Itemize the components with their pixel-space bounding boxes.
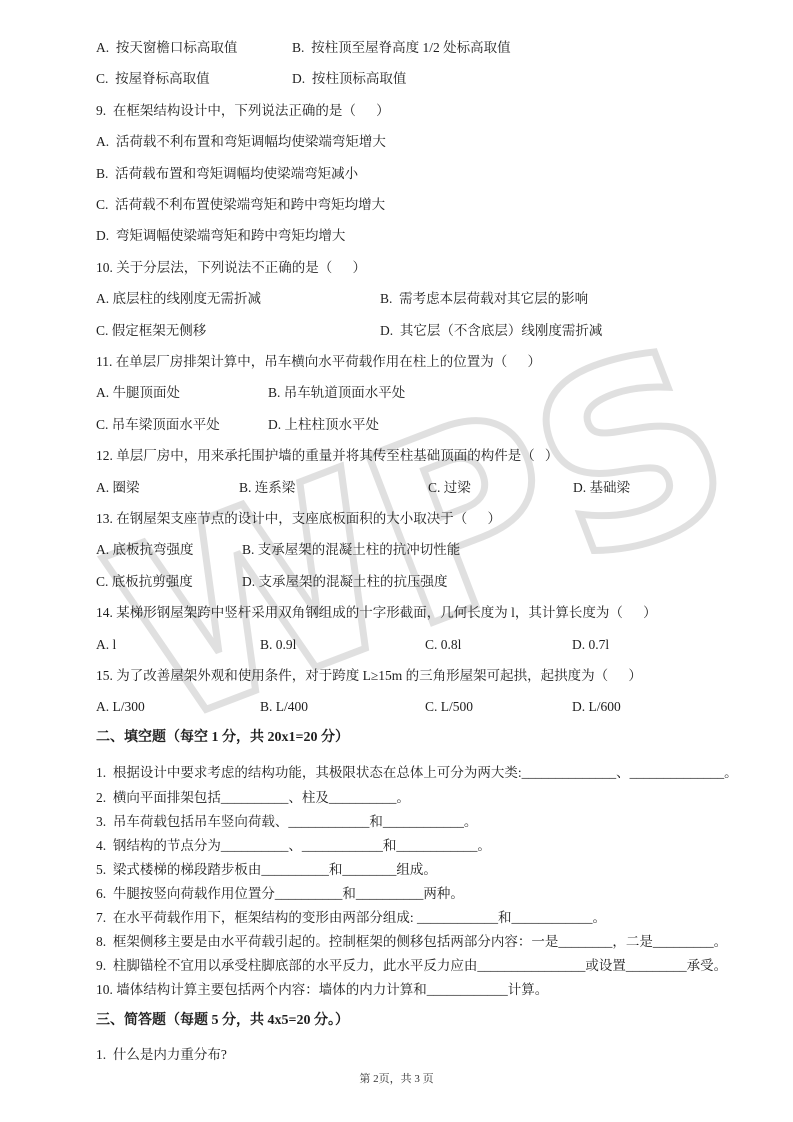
fill-item-6: 6. 牛腿按竖向荷载作用位置分__________和__________两种。 xyxy=(96,885,793,905)
q13-option-a: A. 底板抗弯强度 xyxy=(96,541,194,558)
fill-item-7: 7. 在水平荷载作用下，框架结构的变形由两部分组成: ____________和… xyxy=(96,909,793,929)
q11-option-a: A. 牛腿顶面处 xyxy=(96,384,180,401)
short-section-heading: 三、简答题（每题 5 分，共 4x5=20 分。） xyxy=(96,1012,793,1032)
q10-option-a: A. 底层柱的线刚度无需折减 xyxy=(96,290,261,307)
q11-option-b: B. 吊车轨道顶面水平处 xyxy=(268,384,405,401)
fill-item-1: 1. 根据设计中要求考虑的结构功能，其极限状态在总体上可分为两大类:______… xyxy=(96,764,793,784)
q14-option-d: D. 0.7l xyxy=(572,636,609,653)
q14-stem: 14. 某梯形钢屋架跨中竖杆采用双角钢组成的十字形截面，几何长度为 l，其计算长… xyxy=(96,604,793,624)
q10-option-b: B. 需考虑本层荷载对其它层的影响 xyxy=(380,290,588,307)
q15-option-d: D. L/600 xyxy=(572,698,621,715)
q11-option-d: D. 上柱柱顶水平处 xyxy=(268,416,379,433)
q14-option-a: A. l xyxy=(96,636,116,653)
q15-options-row: A. L/300 B. L/400 C. L/500 D. L/600 xyxy=(96,698,793,718)
q15-option-b: B. L/400 xyxy=(260,698,308,715)
fill-item-4: 4. 钢结构的节点分为__________、____________和_____… xyxy=(96,837,793,857)
q15-option-c: C. L/500 xyxy=(425,698,473,715)
q13-options-row-ab: A. 底板抗弯强度 B. 支承屋架的混凝土柱的抗冲切性能 xyxy=(96,541,793,561)
q8-options-row-ab: A. 按天窗檐口标高取值 B. 按柱顶至屋脊高度 1/2 处标高取值 xyxy=(96,39,793,59)
q8-option-b: B. 按柱顶至屋脊高度 1/2 处标高取值 xyxy=(292,39,511,56)
q13-option-b: B. 支承屋架的混凝土柱的抗冲切性能 xyxy=(242,541,460,558)
q8-option-d: D. 按柱顶标高取值 xyxy=(292,70,406,87)
q13-stem: 13. 在钢屋架支座节点的设计中，支座底板面积的大小取决于（ ） xyxy=(96,510,793,530)
q13-options-row-cd: C. 底板抗剪强度 D. 支承屋架的混凝土柱的抗压强度 xyxy=(96,573,793,593)
q10-option-c: C. 假定框架无侧移 xyxy=(96,322,206,339)
q10-option-d: D. 其它层（不含底层）线刚度需折减 xyxy=(380,322,602,339)
q12-options-row: A. 圈梁 B. 连系梁 C. 过梁 D. 基础梁 xyxy=(96,479,793,499)
q9-option-d: D. 弯矩调幅使梁端弯矩和跨中弯矩均增大 xyxy=(96,227,793,247)
q12-option-a: A. 圈梁 xyxy=(96,479,140,496)
q15-option-a: A. L/300 xyxy=(96,698,145,715)
q13-option-c: C. 底板抗剪强度 xyxy=(96,573,193,590)
q8-option-c: C. 按屋脊标高取值 xyxy=(96,70,210,87)
exam-page: WPS A. 按天窗檐口标高取值 B. 按柱顶至屋脊高度 1/2 处标高取值 C… xyxy=(0,0,793,1122)
q14-option-c: C. 0.8l xyxy=(425,636,461,653)
q15-stem: 15. 为了改善屋架外观和使用条件，对于跨度 L≥15m 的三角形屋架可起拱，起… xyxy=(96,667,793,687)
short-question-1: 1. 什么是内力重分布? xyxy=(96,1046,793,1066)
q11-option-c: C. 吊车梁顶面水平处 xyxy=(96,416,220,433)
q12-option-c: C. 过梁 xyxy=(428,479,471,496)
fill-item-9: 9. 柱脚锚栓不宜用以承受柱脚底部的水平反力，此水平反力应由__________… xyxy=(96,957,793,977)
q13-option-d: D. 支承屋架的混凝土柱的抗压强度 xyxy=(242,573,448,590)
fill-item-3: 3. 吊车荷载包括吊车竖向荷载、____________和___________… xyxy=(96,813,793,833)
q9-option-c: C. 活荷载不利布置使梁端弯矩和跨中弯矩均增大 xyxy=(96,196,793,216)
q12-option-d: D. 基础梁 xyxy=(573,479,630,496)
q10-stem: 10. 关于分层法，下列说法不正确的是（ ） xyxy=(96,259,793,279)
q8-option-a: A. 按天窗檐口标高取值 xyxy=(96,39,237,56)
fill-item-5: 5. 梁式楼梯的梯段踏步板由__________和________组成。 xyxy=(96,861,793,881)
fill-item-2: 2. 横向平面排架包括__________、柱及__________。 xyxy=(96,789,793,809)
q12-stem: 12. 单层厂房中，用来承托围护墙的重量并将其传至柱基础顶面的构件是（ ） xyxy=(96,447,793,467)
q11-options-row-cd: C. 吊车梁顶面水平处 D. 上柱柱顶水平处 xyxy=(96,416,793,436)
q11-options-row-ab: A. 牛腿顶面处 B. 吊车轨道顶面水平处 xyxy=(96,384,793,404)
q9-stem: 9. 在框架结构设计中，下列说法正确的是（ ） xyxy=(96,102,793,122)
q9-option-a: A. 活荷载不利布置和弯矩调幅均使梁端弯矩增大 xyxy=(96,133,793,153)
q9-option-b: B. 活荷载布置和弯矩调幅均使梁端弯矩减小 xyxy=(96,165,793,185)
q8-options-row-cd: C. 按屋脊标高取值 D. 按柱顶标高取值 xyxy=(96,70,793,90)
page-number: 第 2页，共 3 页 xyxy=(0,1070,793,1086)
q14-options-row: A. l B. 0.9l C. 0.8l D. 0.7l xyxy=(96,636,793,656)
fill-item-8: 8. 框架侧移主要是由水平荷载引起的。控制框架的侧移包括两部分内容：一是____… xyxy=(96,933,793,953)
q10-options-row-ab: A. 底层柱的线刚度无需折减 B. 需考虑本层荷载对其它层的影响 xyxy=(96,290,793,310)
fill-section-heading: 二、填空题（每空 1 分，共 20x1=20 分） xyxy=(96,729,793,749)
q10-options-row-cd: C. 假定框架无侧移 D. 其它层（不含底层）线刚度需折减 xyxy=(96,322,793,342)
q14-option-b: B. 0.9l xyxy=(260,636,296,653)
q12-option-b: B. 连系梁 xyxy=(239,479,295,496)
q11-stem: 11. 在单层厂房排架计算中，吊车横向水平荷载作用在柱上的位置为（ ） xyxy=(96,353,793,373)
fill-item-10: 10. 墙体结构计算主要包括两个内容：墙体的内力计算和____________计… xyxy=(96,981,793,1001)
